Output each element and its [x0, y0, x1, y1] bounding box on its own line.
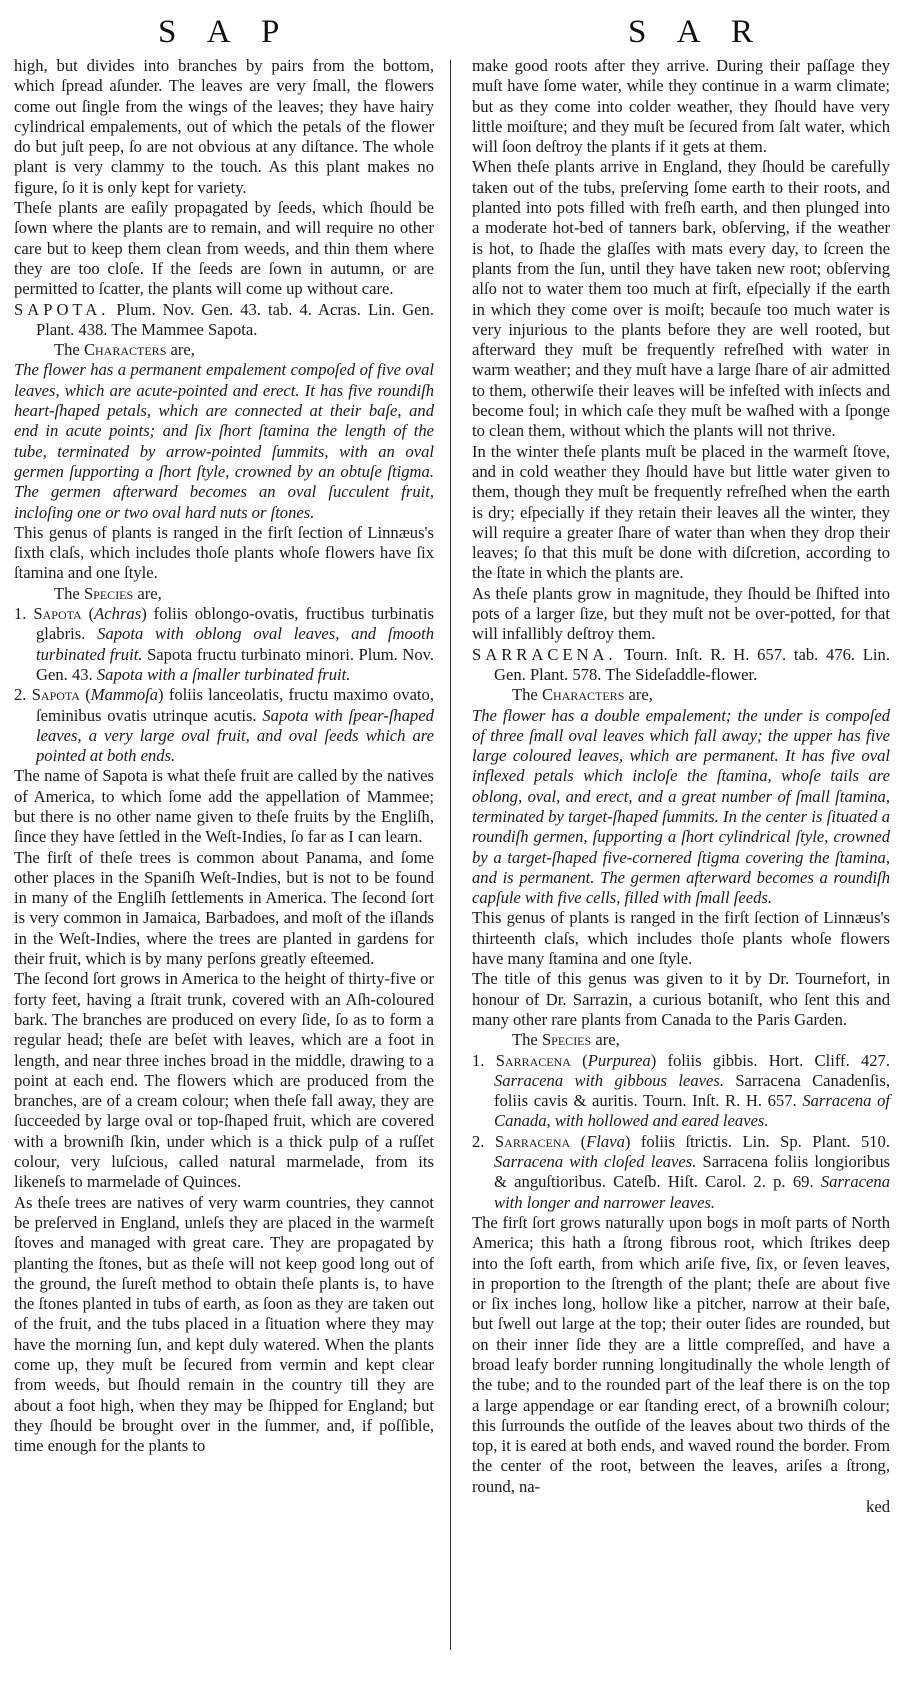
- paragraph: As theſe plants grow in magnitude, they …: [472, 584, 890, 645]
- paragraph: The name of Sapota is what theſe fruit a…: [14, 766, 434, 847]
- heading-prefix: The: [512, 685, 542, 704]
- running-head-left: S A P: [158, 14, 291, 51]
- characters-description: The flower has a double empalement; the …: [472, 706, 890, 909]
- characters-description: The flower has a permanent empalement co…: [14, 360, 434, 522]
- species-epithet: Mammoſa: [91, 685, 158, 704]
- paragraph: Theſe plants are eaſily propagated by ſe…: [14, 198, 434, 299]
- species-entry: 2. Sarracena (Flava) foliis ſtrictis. Li…: [494, 1132, 890, 1213]
- right-column: make good roots after they arrive. Durin…: [472, 56, 890, 1517]
- paragraph: The firſt of theſe trees is common about…: [14, 848, 434, 970]
- paragraph: When theſe plants arrive in England, the…: [472, 157, 890, 441]
- heading-smallcaps: Species: [84, 584, 133, 603]
- column-rule: [450, 60, 451, 1650]
- species-number: 1.: [472, 1051, 484, 1070]
- genus-name: SARRACENA.: [472, 645, 617, 664]
- linnaeus-classification: This genus of plants is ranged in the fi…: [472, 908, 890, 969]
- paragraph: The firſt ſort grows naturally upon bogs…: [472, 1213, 890, 1497]
- species-number: 2.: [472, 1132, 484, 1151]
- species-synonym-english: Sapota with a ſmaller turbinated fruit.: [97, 665, 351, 684]
- book-page: S A P S A R high, but divides into branc…: [0, 0, 900, 1703]
- genus-entry-sapota: SAPOTA. Plum. Nov. Gen. 43. tab. 4. Acra…: [36, 300, 434, 341]
- catchword: ked: [472, 1497, 890, 1517]
- heading-smallcaps: Species: [542, 1030, 591, 1049]
- species-genus: Sarracena: [495, 1132, 570, 1151]
- species-genus: Sapota: [32, 685, 80, 704]
- paragraph: The title of this genus was given to it …: [472, 969, 890, 1030]
- characters-heading: The Characters are,: [14, 340, 434, 360]
- species-heading: The Species are,: [14, 584, 434, 604]
- species-entry: 1. Sapota (Achras) foliis oblongo-ovatis…: [36, 604, 434, 685]
- species-entry: 1. Sarracena (Purpurea) foliis gibbis. H…: [494, 1051, 890, 1132]
- heading-prefix: The: [54, 340, 84, 359]
- heading-suffix: are,: [133, 584, 162, 603]
- paragraph: make good roots after they arrive. Durin…: [472, 56, 890, 157]
- characters-heading: The Characters are,: [472, 685, 890, 705]
- running-head-right: S A R: [628, 14, 765, 51]
- species-genus: Sapota: [33, 604, 81, 623]
- heading-prefix: The: [512, 1030, 542, 1049]
- genus-entry-sarracena: SARRACENA. Tourn. Inſt. R. H. 657. tab. …: [494, 645, 890, 686]
- paragraph: As theſe trees are natives of very warm …: [14, 1193, 434, 1457]
- genus-name: SAPOTA.: [14, 300, 109, 319]
- species-latin: foliis ſtrictis. Lin. Sp. Plant. 510.: [630, 1132, 890, 1151]
- heading-suffix: are,: [624, 685, 653, 704]
- paragraph: high, but divides into branches by pairs…: [14, 56, 434, 198]
- species-number: 2.: [14, 685, 26, 704]
- heading-smallcaps: Characters: [542, 685, 624, 704]
- species-number: 1.: [14, 604, 26, 623]
- heading-prefix: The: [54, 584, 84, 603]
- species-epithet: Purpurea: [588, 1051, 651, 1070]
- heading-smallcaps: Characters: [84, 340, 166, 359]
- species-epithet: Flava: [586, 1132, 625, 1151]
- species-latin: foliis gibbis. Hort. Cliff. 427.: [656, 1051, 890, 1070]
- left-column: high, but divides into branches by pairs…: [14, 56, 434, 1456]
- heading-suffix: are,: [166, 340, 195, 359]
- linnaeus-classification: This genus of plants is ranged in the fi…: [14, 523, 434, 584]
- species-entry: 2. Sapota (Mammoſa) foliis lanceolatis, …: [36, 685, 434, 766]
- species-epithet: Achras: [94, 604, 141, 623]
- species-genus: Sarracena: [496, 1051, 571, 1070]
- species-english: Sarracena with cloſed leaves.: [494, 1152, 696, 1171]
- species-english: Sarracena with gibbous leaves.: [494, 1071, 724, 1090]
- heading-suffix: are,: [591, 1030, 620, 1049]
- paragraph: The ſecond ſort grows in America to the …: [14, 969, 434, 1192]
- paragraph: In the winter theſe plants muſt be place…: [472, 442, 890, 584]
- species-heading: The Species are,: [472, 1030, 890, 1050]
